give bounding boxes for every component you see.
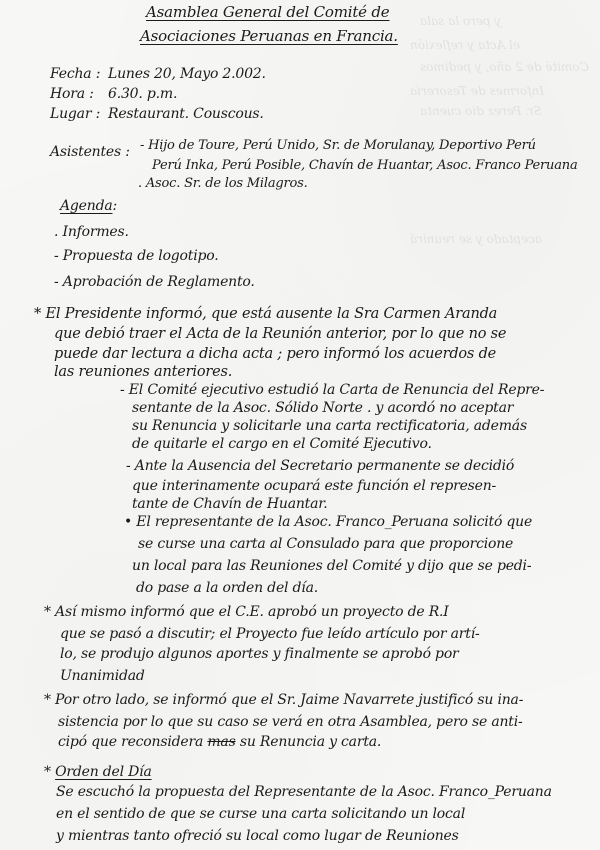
body-line: - Ante la Ausencia del Secretario perman…: [126, 456, 514, 476]
bleed-through-text: y pero la sala: [420, 14, 501, 28]
body-line: que debió traer el Acta de la Reunión an…: [54, 324, 506, 344]
body-line: un local para las Reuniones del Comité y…: [132, 556, 531, 576]
bleed-through-text: Comité de 2 año, y pedimos: [420, 60, 589, 74]
body-line: tante de Chavín de Huantar.: [132, 494, 327, 514]
asistentes-line: Perú Inka, Perú Posible, Chavín de Huant…: [152, 156, 578, 176]
lugar-value: Restaurant. Couscous.: [108, 104, 264, 124]
body-line: en el sentido de que se curse una carta …: [56, 804, 465, 824]
bleed-through-text: el Acta y reflexión: [410, 38, 520, 52]
body-line: do pase a la orden del día.: [136, 578, 318, 598]
body-line: que interinamente ocupará este función e…: [132, 476, 496, 496]
orden-del-dia-text: Orden del Día: [55, 764, 152, 780]
body-line: puede dar lectura a dicha acta ; pero in…: [54, 344, 496, 364]
scanned-page: y pero la sala el Acta y reflexión Comit…: [0, 0, 600, 850]
body-line: y mientras tanto ofreció su local como l…: [56, 826, 459, 846]
body-line: * El Presidente informó, que está ausent…: [34, 304, 497, 324]
body-line: de quitarle el cargo en el Comité Ejecut…: [132, 434, 432, 454]
agenda-heading-text: Agenda: [60, 198, 112, 214]
body-line: sentante de la Asoc. Sólido Norte . y ac…: [132, 398, 513, 418]
struck-text: mas: [207, 734, 235, 750]
fecha-label: Fecha :: [50, 64, 100, 84]
agenda-item: . Informes.: [54, 222, 129, 242]
bleed-through-text: Sr. Perez dio cuenta: [420, 104, 542, 118]
body-text: su Renuncia y carta.: [240, 734, 381, 750]
body-line: * Así mismo informó que el C.E. aprobó u…: [44, 602, 449, 622]
orden-del-dia-heading: * Orden del Día: [44, 762, 152, 782]
body-text: cipó que reconsidera: [58, 734, 203, 750]
body-line: lo, se produjo algunos aportes y finalme…: [60, 644, 459, 664]
body-line: sistencia por lo que su caso se verá en …: [58, 712, 523, 732]
bleed-through-text: Informes de Tesorería: [410, 84, 544, 98]
body-line: * Por otro lado, se informó que el Sr. J…: [44, 690, 523, 710]
body-line: • El representante de la Asoc. Franco_Pe…: [124, 512, 532, 532]
asistentes-line: . Asoc. Sr. de los Milagros.: [138, 174, 308, 194]
body-line: su Renuncia y solicitarle una carta rect…: [132, 416, 527, 436]
fecha-value: Lunes 20, Mayo 2.002.: [108, 64, 266, 84]
body-line: las reuniones anteriores.: [54, 362, 232, 382]
asistentes-label: Asistentes :: [50, 142, 130, 162]
body-line: cipó que reconsidera mas su Renuncia y c…: [58, 732, 381, 752]
body-line: Unanimidad: [60, 666, 145, 686]
agenda-colon: :: [112, 198, 117, 214]
body-line: se curse una carta al Consulado para que…: [138, 534, 513, 554]
hora-value: 6.30. p.m.: [108, 84, 177, 104]
document-title-line2: Asociaciones Peruanas en Francia.: [140, 26, 398, 46]
document-title-line1: Asamblea General del Comité de: [146, 2, 390, 22]
body-line: Se escuchó la propuesta del Representant…: [56, 782, 552, 802]
agenda-heading: Agenda:: [60, 196, 117, 216]
body-line: - El Comité ejecutivo estudió la Carta d…: [120, 380, 544, 400]
hora-label: Hora :: [50, 84, 94, 104]
body-line: que se pasó a discutir; el Proyecto fue …: [60, 624, 480, 644]
agenda-item: - Propuesta de logotipo.: [54, 246, 219, 266]
lugar-label: Lugar :: [50, 104, 100, 124]
asistentes-line: - Hijo de Toure, Perú Unido, Sr. de Moru…: [140, 136, 536, 156]
bleed-through-text: aceptado y se reunirá: [410, 232, 542, 246]
bullet-asterisk: *: [44, 764, 51, 780]
agenda-item: - Aprobación de Reglamento.: [54, 272, 255, 292]
